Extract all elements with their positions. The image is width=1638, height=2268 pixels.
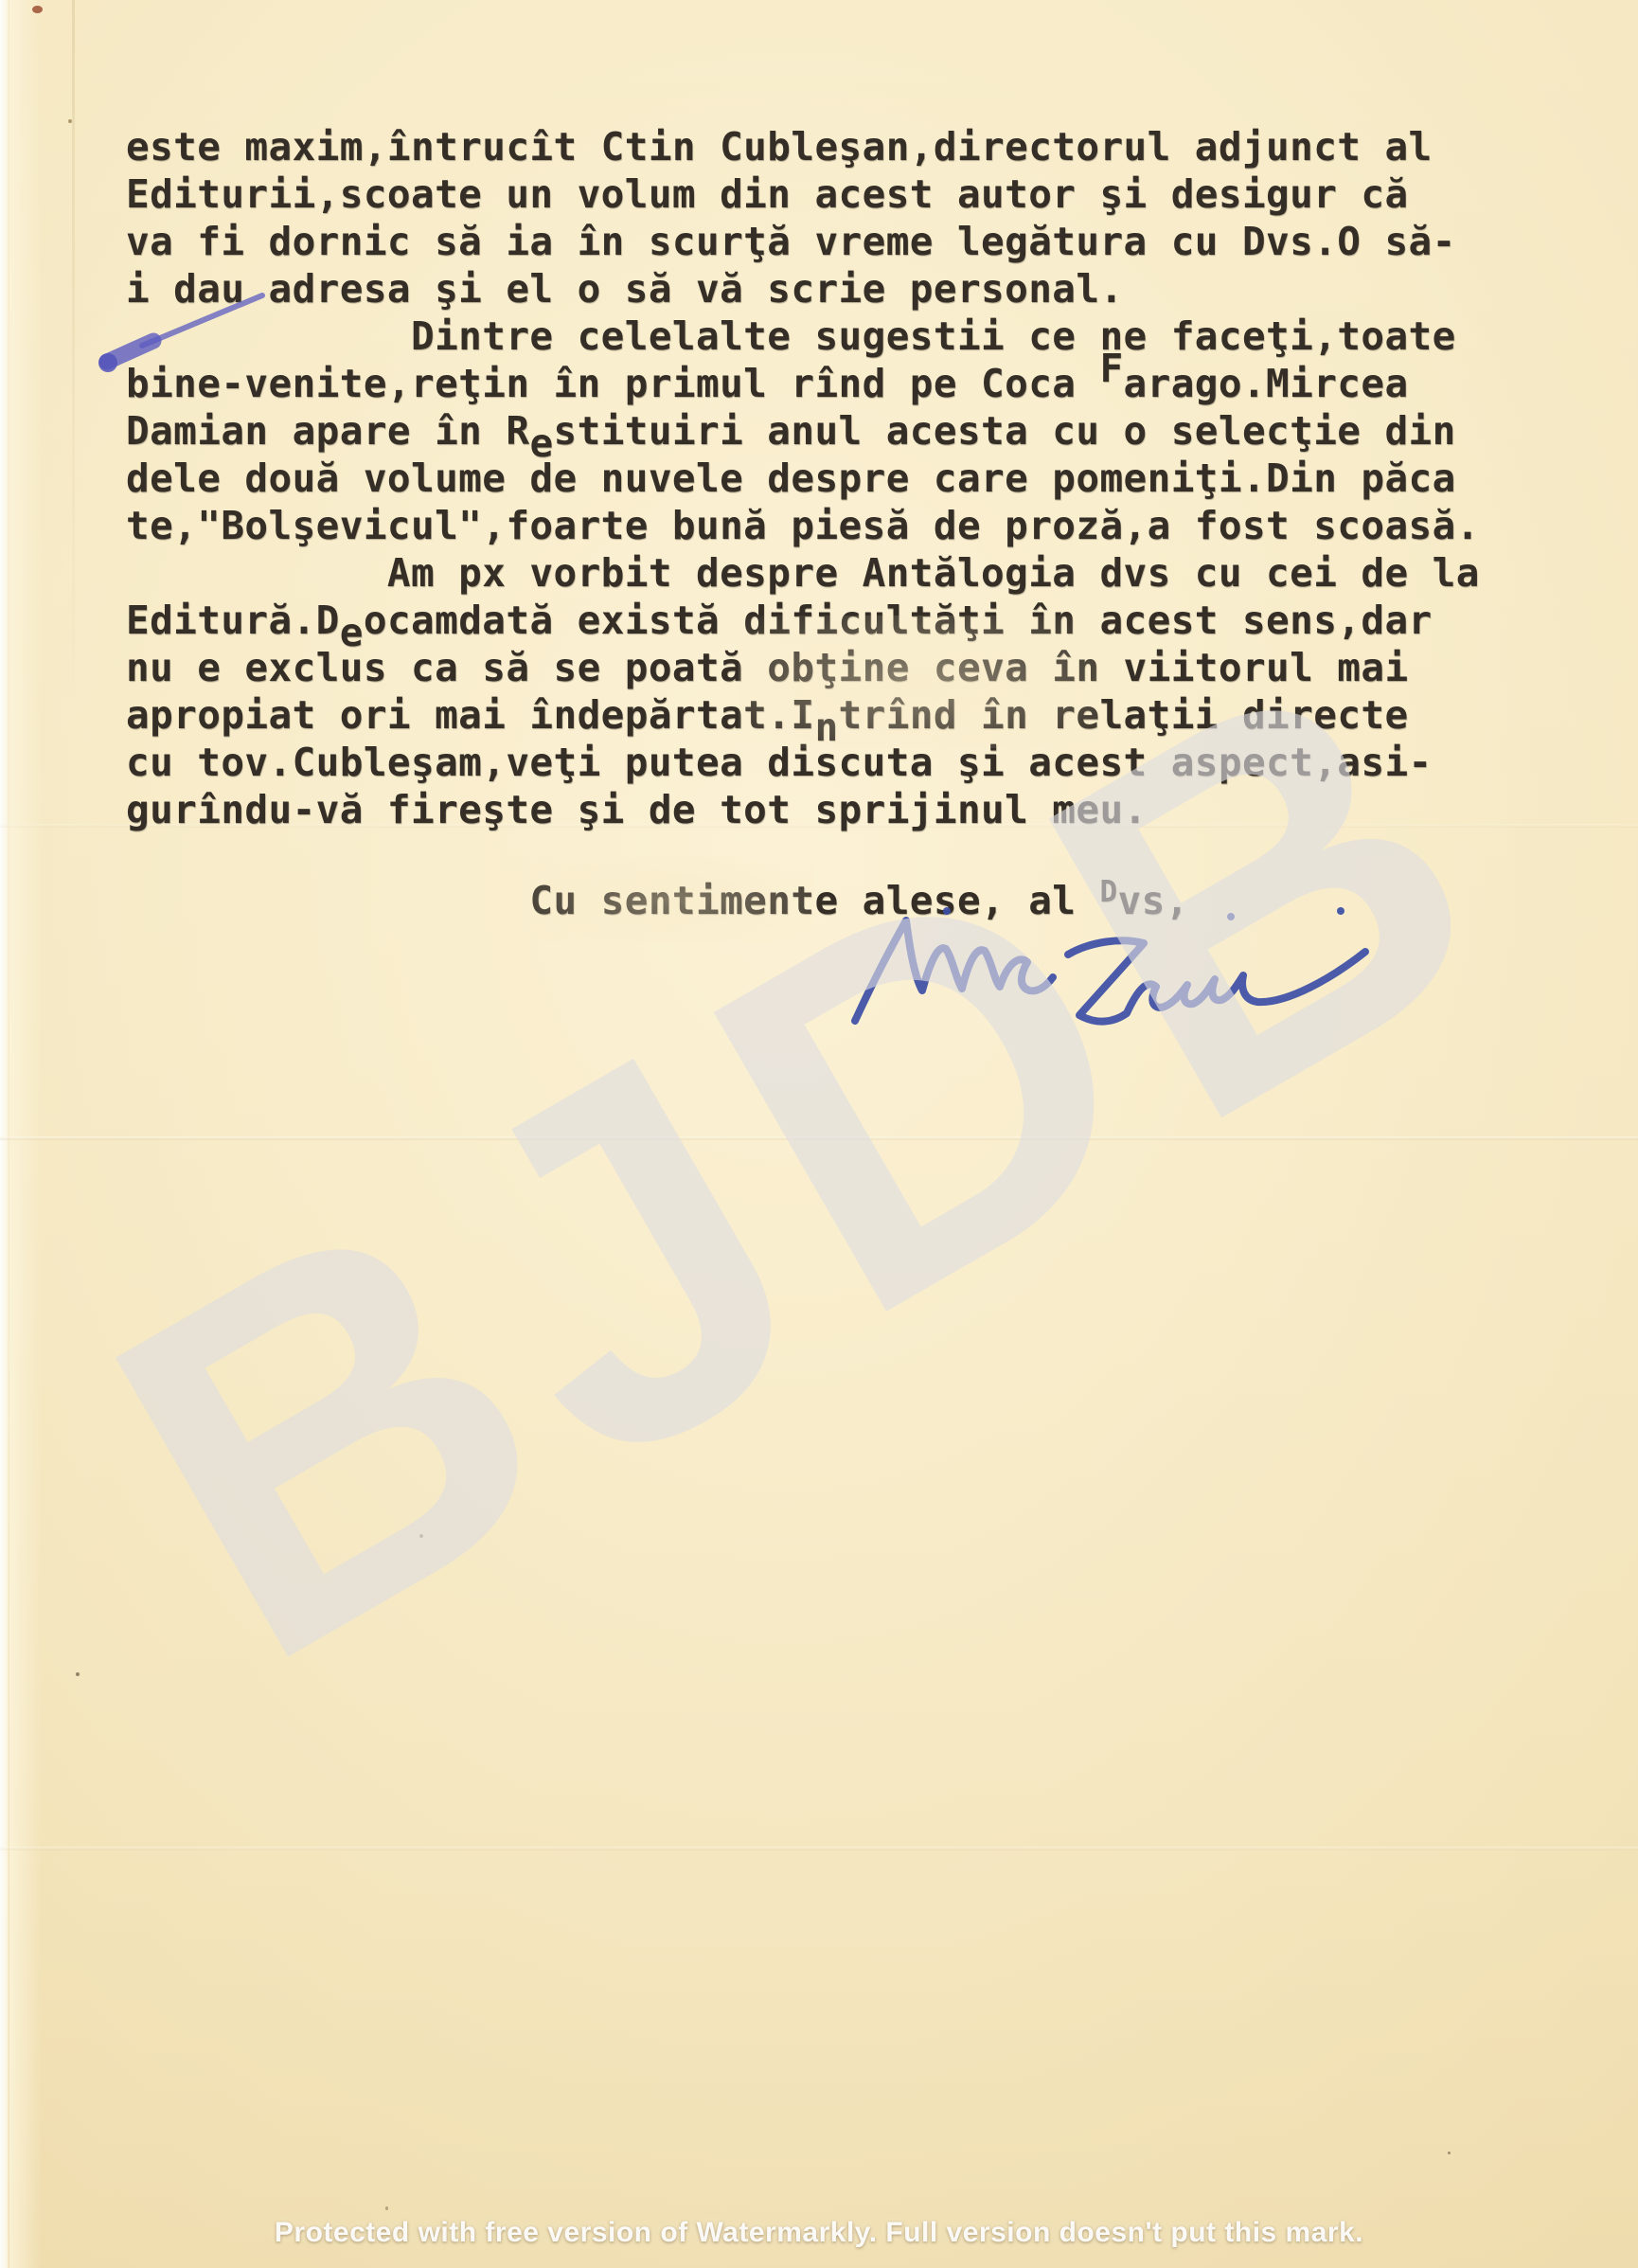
text-line: i dau adresa şi el o să vă scrie persona…: [126, 265, 1565, 313]
text-line: cu tov.Cubleşam,veţi putea discuta şi ac…: [126, 739, 1565, 786]
paper-speck: [419, 1534, 423, 1538]
fold-crease: [0, 1136, 1638, 1140]
watermarkly-notice: Protected with free version of Watermark…: [0, 2217, 1638, 2249]
text-line: Editură.Deocamdată există dificultăţi în…: [126, 597, 1565, 644]
paper-speck: [385, 2206, 388, 2210]
paper-speck: [32, 6, 43, 13]
text-line: te,"Bolşevicul",foarte bună piesă de pro…: [126, 502, 1565, 549]
text-line: Cu sentimente alese, al Dvs,: [126, 877, 1565, 924]
text-line: dele două volume de nuvele despre care p…: [126, 455, 1565, 502]
text-line: va fi dornic să ia în scurţă vreme legăt…: [126, 218, 1565, 265]
text-line: apropiat ori mai îndepărtat.Intrînd în r…: [126, 691, 1565, 739]
paper-speck: [1448, 2152, 1451, 2154]
scanned-letter-page: este maxim,întrucît Ctin Cubleşan,direct…: [0, 0, 1638, 2268]
paper-speck: [68, 119, 72, 123]
text-line: Am px vorbit despre Antălogia dvs cu cei…: [126, 549, 1565, 597]
text-line: este maxim,întrucît Ctin Cubleşan,direct…: [126, 123, 1565, 170]
text-line: gurîndu-vă fireşte şi de tot sprijinul m…: [126, 786, 1565, 833]
vertical-crease: [72, 0, 75, 720]
text-line: bine-venite,reţin în primul rînd pe Coca…: [126, 360, 1565, 407]
scan-left-edge: [0, 0, 9, 2268]
text-line: Dintre celelalte sugestii ce ne faceţi,t…: [126, 313, 1565, 360]
text-line: Damian apare în Restituiri anul acesta c…: [126, 407, 1565, 455]
fold-crease: [0, 1847, 1638, 1850]
text-line: Editurii,scoate un volum din acest autor…: [126, 170, 1565, 218]
paper-edge-shading: [9, 0, 42, 2268]
letter-body: este maxim,întrucît Ctin Cubleşan,direct…: [126, 123, 1565, 924]
paper-speck: [76, 1672, 80, 1676]
